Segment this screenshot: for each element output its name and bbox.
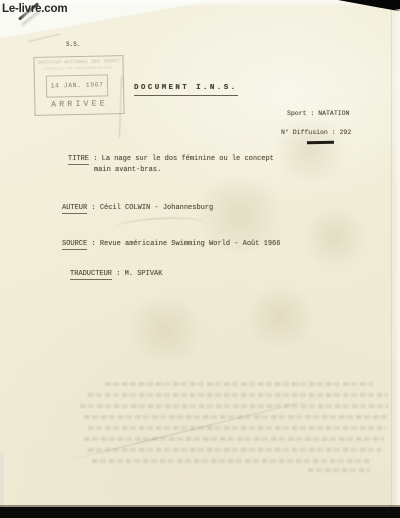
crease-line	[115, 216, 206, 236]
bleedthrough-line	[80, 404, 388, 408]
titre-label: TITRE	[68, 155, 89, 165]
traduction-value: M. SPIVAK	[125, 270, 163, 278]
scan-bottom-bar	[0, 507, 400, 518]
separator: :	[89, 155, 102, 163]
diffusion-value: 292	[340, 129, 352, 136]
crease-line	[28, 34, 60, 42]
separator: :	[328, 129, 340, 136]
source-value: Revue américaine Swimming World - Août 1…	[100, 240, 281, 248]
paper-blotch	[120, 300, 210, 360]
bleedthrough-line	[308, 468, 370, 472]
field-auteur: AUTEUR : Cécil COLWIN - Johannesburg	[62, 205, 213, 212]
arrival-stamp: INSTITUT NATIONAL DES SPORTS SERVICE DE …	[33, 55, 124, 116]
diffusion-label: N° Diffusion	[281, 129, 328, 136]
separator: :	[112, 270, 125, 278]
page-left-edge	[0, 452, 4, 506]
field-traduction: TRADUCTEUR : M. SPIVAK	[70, 271, 162, 278]
stamp-date-box: 14 JAN. 1967	[46, 74, 108, 97]
bleedthrough-line	[88, 426, 386, 430]
scanned-document-page: Le-livre.com S.S. INSTITUT NATIONAL DES …	[0, 0, 400, 518]
bleedthrough-line	[92, 459, 370, 463]
sport-label: Sport	[287, 110, 307, 117]
bleedthrough-line	[88, 448, 381, 452]
bleedthrough-line	[84, 437, 384, 441]
stamp-header-line1: INSTITUT NATIONAL DES SPORTS	[37, 59, 119, 66]
stamp-header-line2: SERVICE DE DOCUMENTATION	[41, 66, 117, 72]
page-right-edge	[391, 9, 400, 507]
sport-line: Sport : NATATION	[287, 111, 349, 118]
watermark: Le-livre.com	[2, 3, 67, 15]
auteur-value: Cécil COLWIN - Johannesburg	[100, 204, 213, 212]
source-label: SOURCE	[62, 240, 87, 250]
separator: :	[87, 204, 100, 212]
traduction-label: TRADUCTEUR	[70, 270, 112, 280]
sport-value: NATATION	[318, 110, 349, 117]
field-source: SOURCE : Revue américaine Swimming World…	[62, 241, 280, 248]
separator: :	[307, 110, 319, 117]
titre-value-line1: La nage sur le dos féminine ou le concep…	[102, 155, 274, 163]
handwritten-ref: S.S.	[66, 42, 80, 48]
paper-blotch	[300, 210, 370, 265]
page-title: DOCUMENT I.N.S.	[134, 85, 238, 96]
diffusion-underline	[307, 141, 334, 144]
bleedthrough-line	[84, 415, 388, 419]
separator: :	[87, 240, 100, 248]
stamp-date: 14 JAN. 1967	[47, 81, 107, 89]
diffusion-line: N° Diffusion : 292	[281, 130, 351, 137]
paper-blotch	[240, 290, 320, 345]
titre-value-line2: main avant-bras.	[94, 166, 161, 174]
field-titre-line2: main avant-bras.	[94, 167, 161, 174]
stamp-status: ARRIVEE	[35, 98, 123, 110]
auteur-label: AUTEUR	[62, 204, 87, 214]
bleedthrough-line	[105, 382, 373, 386]
field-titre: TITRE : La nage sur le dos féminine ou l…	[68, 156, 274, 163]
bleedthrough-line	[88, 393, 388, 397]
